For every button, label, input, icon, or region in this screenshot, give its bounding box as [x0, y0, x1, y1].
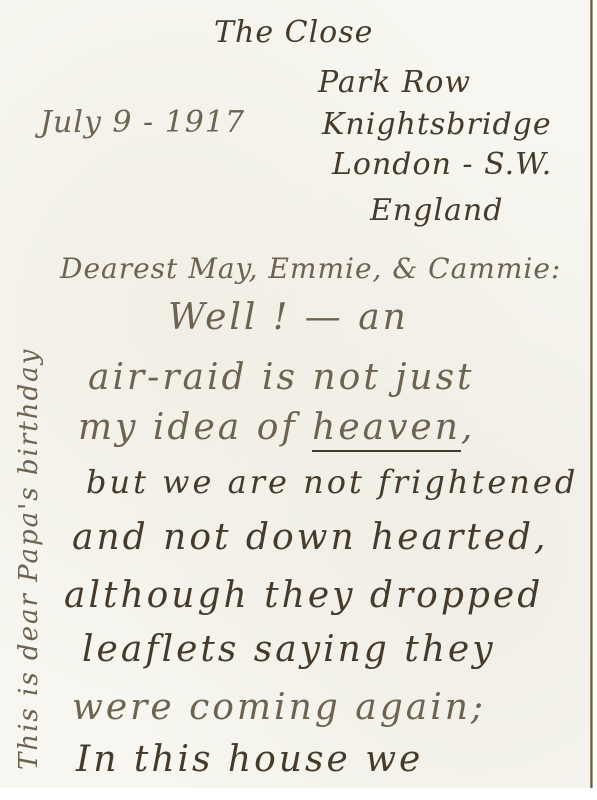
body-line-3-text: my idea of [78, 407, 298, 448]
margin-note: This is dear Papa's birthday [14, 348, 44, 770]
body-line-2: air-raid is not just [88, 360, 475, 396]
body-line-7: leaflets saying they [82, 632, 496, 668]
body-line-9: In this house we [76, 742, 423, 778]
body-line-3-comma: , [461, 407, 475, 448]
underlined-word: heaven [312, 407, 461, 452]
address-line-3: Knightsbridge [322, 110, 552, 140]
body-line-4: but we are not frightened [86, 466, 578, 498]
salutation: Dearest May, Emmie, & Cammie: [60, 255, 561, 283]
body-line-5: and not down hearted, [72, 520, 549, 556]
address-line-5: England [370, 196, 503, 226]
address-line-4: London - S.W. [332, 150, 552, 180]
body-line-6: although they dropped [64, 578, 543, 614]
body-line-3: my idea of heaven, [78, 410, 475, 446]
letter-date: July 9 - 1917 [40, 108, 245, 138]
address-line-1: The Close [214, 18, 373, 48]
letter-page: The Close Park Row Knightsbridge London … [0, 0, 592, 788]
body-line-1: Well ! — an [168, 300, 409, 336]
page-edge [590, 0, 593, 788]
address-line-2: Park Row [318, 68, 471, 98]
body-line-8: were coming again; [72, 690, 486, 726]
